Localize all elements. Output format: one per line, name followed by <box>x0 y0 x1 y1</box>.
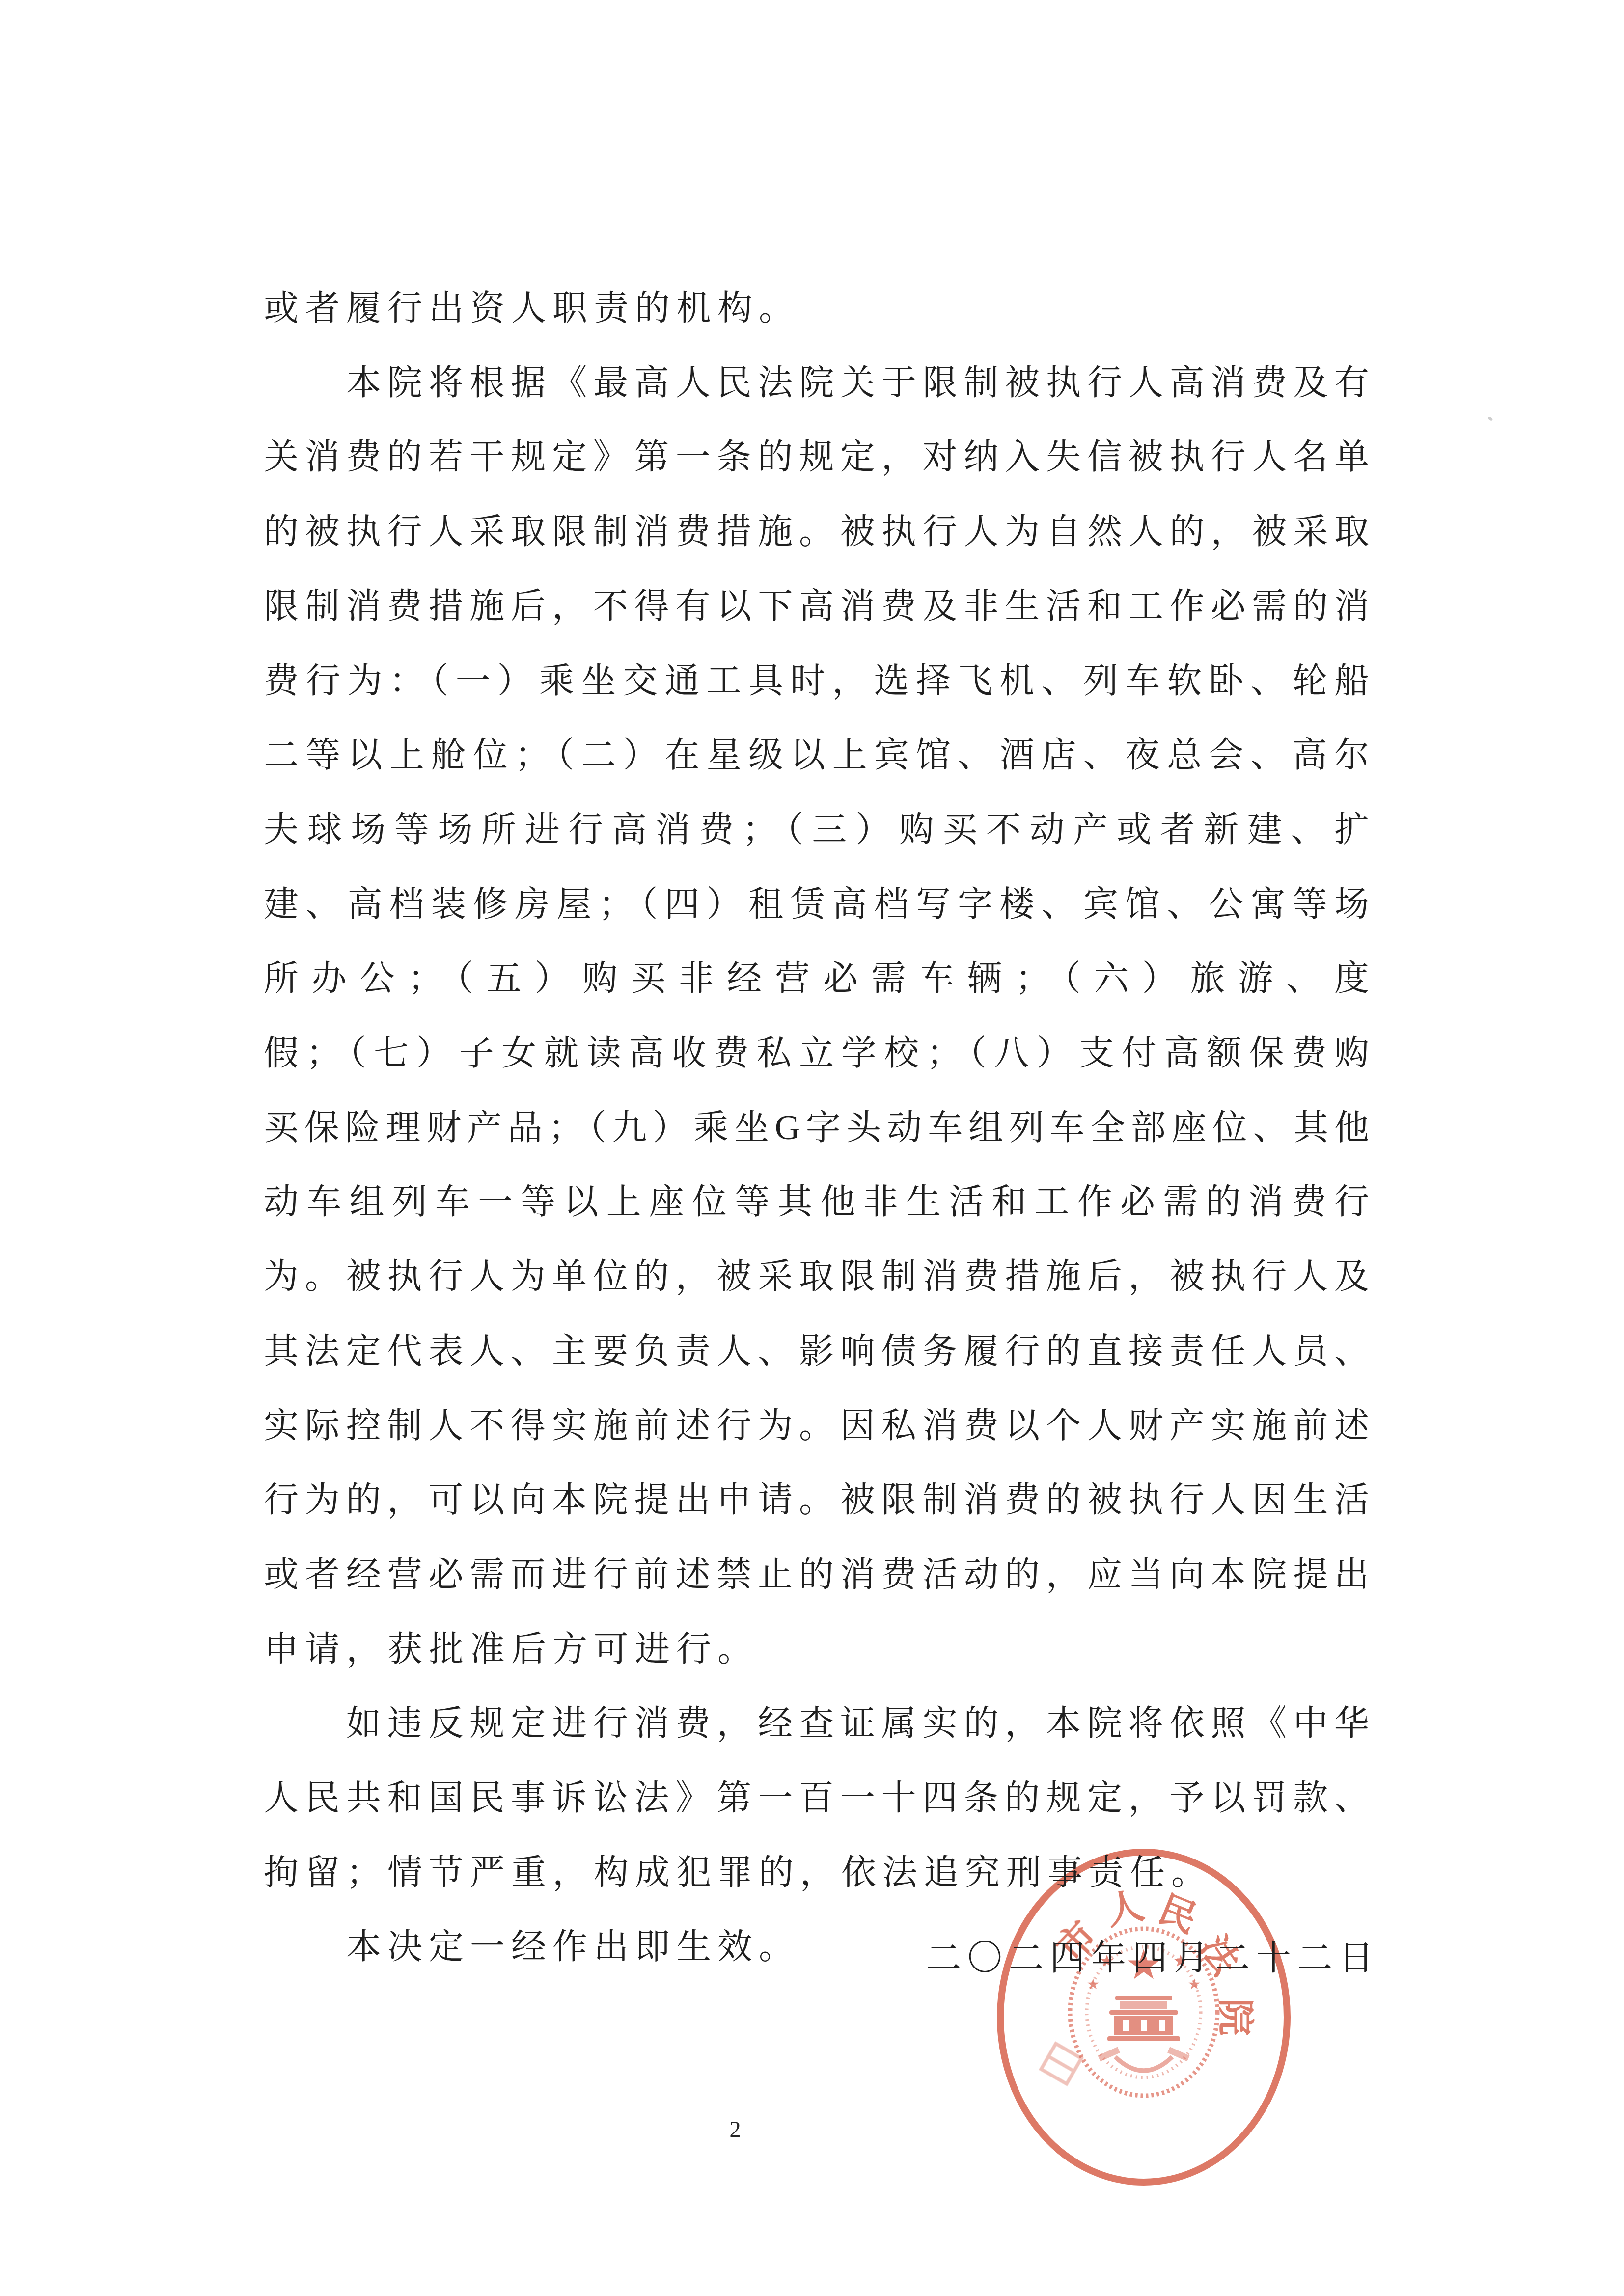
text-line: 本院将根据《最高人民法院关于限制被执行人高消费及有 <box>346 359 1370 434</box>
text-line: 的被执行人采取限制消费措施。被执行人为自然人的，被采取 <box>264 508 1370 583</box>
scan-speck <box>1487 416 1493 422</box>
text-line: 人民共和国民事诉讼法》第一百一十四条的规定，予以罚款、 <box>264 1775 1370 1849</box>
page-number: 2 <box>686 2116 784 2142</box>
text-line: 行为的，可以向本院提出申请。被限制消费的被执行人因生活 <box>264 1476 1370 1551</box>
text-line: 申请，获批准后方可进行。 <box>264 1626 1370 1700</box>
date-line: 二〇二四年四月二十二日 <box>264 1935 1380 2009</box>
text-line: 拘留；情节严重，构成犯罪的，依法追究刑事责任。 <box>264 1849 1370 1924</box>
text-line: 假；（七）子女就读高收费私立学校；（八）支付高额保费购 <box>264 1030 1370 1104</box>
text-line: 夫球场等场所进行高消费；（三）购买不动产或者新建、扩 <box>264 806 1370 881</box>
text-line: 二等以上舱位；（二）在星级以上宾馆、酒店、夜总会、高尔 <box>264 732 1370 806</box>
text-line: 为。被执行人为单位的，被采取限制消费措施后，被执行人及 <box>264 1253 1370 1328</box>
text-line: 如违反规定进行消费，经查证属实的，本院将依照《中华 <box>346 1700 1370 1775</box>
emblem-ribbon <box>1115 2057 1172 2071</box>
seal-faint-char-blob <box>1041 2044 1081 2084</box>
document-page: 市 人 民 法 院 ★ ★ ★ ★ ★ <box>0 0 1624 2296</box>
text-line: 费行为：（一）乘坐交通工具时，选择飞机、列车软卧、轮船 <box>264 657 1370 732</box>
text-line: 限制消费措施后，不得有以下高消费及非生活和工作必需的消 <box>264 583 1370 657</box>
text-line: 建、高档装修房屋；（四）租赁高档写字楼、宾馆、公寓等场 <box>264 881 1370 956</box>
text-line: 关消费的若干规定》第一条的规定，对纳入失信被执行人名单 <box>264 434 1370 508</box>
text-line: 实际控制人不得实施前述行为。因私消费以个人财产实施前述 <box>264 1402 1370 1477</box>
text-line: 或者经营必需而进行前述禁止的消费活动的，应当向本院提出 <box>264 1551 1370 1626</box>
text-line: 动车组列车一等以上座位等其他非生活和工作必需的消费行 <box>264 1178 1370 1253</box>
text-line: 所办公；（五）购买非经营必需车辆；（六）旅游、度 <box>264 955 1370 1030</box>
text-line: 其法定代表人、主要负责人、影响债务履行的直接责任人员、 <box>264 1328 1370 1402</box>
text-line: 或者履行出资人职责的机构。 <box>264 285 1370 359</box>
text-line: 买保险理财产品；（九）乘坐G字头动车组列车全部座位、其他 <box>264 1104 1370 1179</box>
